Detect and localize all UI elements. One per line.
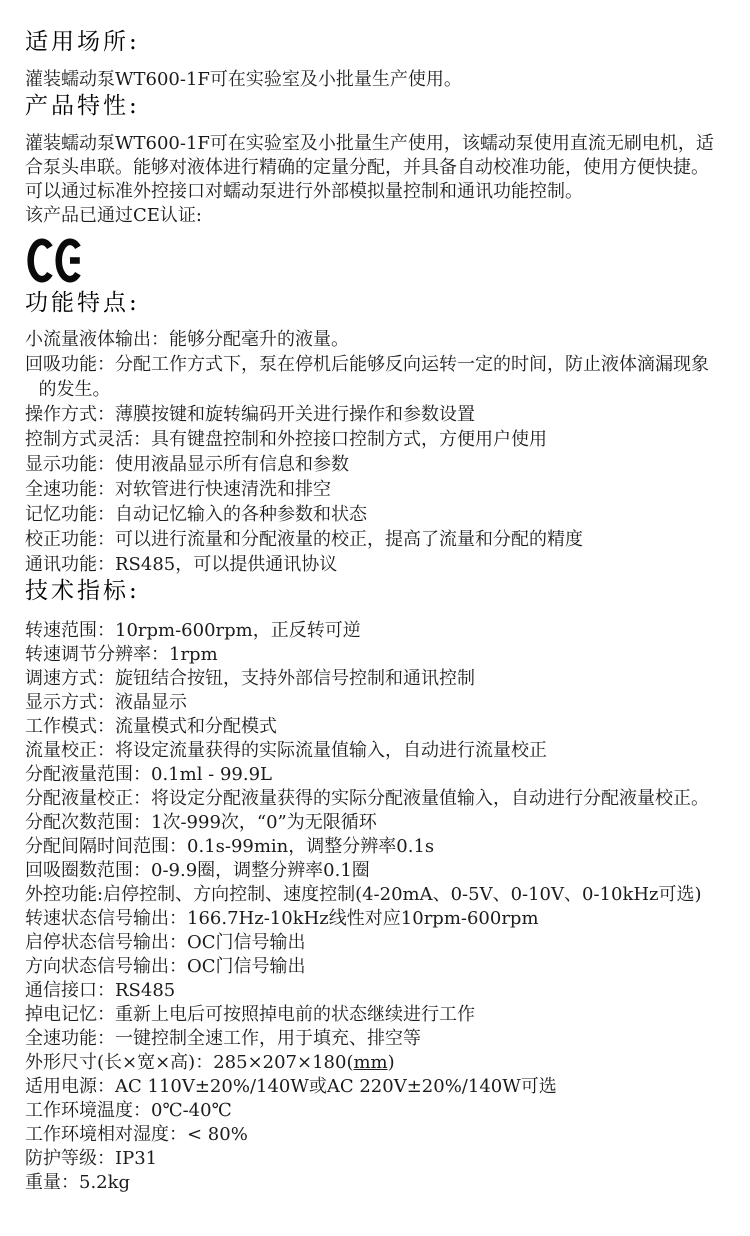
- spec-line: 适用电源：AC 110V±20%/140W或AC 220V±20%/140W可选: [25, 1075, 726, 1099]
- dimensions-prefix: 外形尺寸(长×宽×高)：285×207×180(: [25, 1052, 353, 1073]
- feature-item: 校正功能：可以进行流量和分配液量的校正，提高了流量和分配的精度: [25, 527, 726, 552]
- product-spec-document: 适用场所: 灌装蠕动泵WT600-1F可在实验室及小批量生产使用。 产品特性: …: [0, 0, 750, 1236]
- spec-line: 全速功能：一键控制全速工作，用于填充、排空等: [25, 1027, 726, 1051]
- feature-item: 记忆功能：自动记忆输入的各种参数和状态: [25, 502, 726, 527]
- spec-list: 转速范围：10rpm-600rpm，正反转可逆 转速调节分辨率：1rpm 调速方…: [25, 619, 726, 1195]
- spec-line: 分配液量校正：将设定分配液量获得的实际分配液量值输入，自动进行分配液量校正。: [25, 787, 726, 811]
- spec-line: 分配液量范围：0.1ml - 99.9L: [25, 763, 726, 787]
- feature-item: 显示功能：使用液晶显示所有信息和参数: [25, 452, 726, 477]
- spec-line-dimensions: 外形尺寸(长×宽×高)：285×207×180(mm): [25, 1051, 726, 1075]
- spec-line: 防护等级：IP31: [25, 1147, 726, 1171]
- spec-line: 流量校正：将设定流量获得的实际流量值输入，自动进行流量校正: [25, 739, 726, 763]
- feature-item: 小流量液体输出：能够分配毫升的液量。: [25, 327, 726, 352]
- spec-line: 转速范围：10rpm-600rpm，正反转可逆: [25, 619, 726, 643]
- product-features-paragraph: 灌装蠕动泵WT600-1F可在实验室及小批量生产使用，该蠕动泵使用直流无刷电机，…: [25, 132, 726, 204]
- dimensions-suffix: ): [388, 1052, 395, 1073]
- spec-line: 重量：5.2kg: [25, 1171, 726, 1195]
- ce-letter-c: [31, 242, 50, 279]
- spec-line: 掉电记忆：重新上电后可按照掉电前的状态继续进行工作: [25, 1003, 726, 1027]
- feature-item: 回吸功能：分配工作方式下，泵在停机后能够反向运转一定的时间，防止液体滴漏现象的发…: [25, 352, 726, 402]
- section-heading-product-features: 产品特性:: [25, 92, 726, 120]
- spec-line: 分配次数范围：1次-999次，“0”为无限循环: [25, 811, 726, 835]
- spec-line: 显示方式：液晶显示: [25, 691, 726, 715]
- spec-line: 转速调节分辨率：1rpm: [25, 643, 726, 667]
- spec-line: 调速方式：旋钮结合按钮，支持外部信号控制和通讯控制: [25, 667, 726, 691]
- ce-certified-line: 该产品已通过CE认证:: [25, 204, 726, 228]
- spec-line: 工作模式：流量模式和分配模式: [25, 715, 726, 739]
- section-heading-function-features: 功能特点:: [25, 289, 726, 317]
- feature-item: 全速功能：对软管进行快速清洗和排空: [25, 477, 726, 502]
- spec-line: 工作环境相对湿度：< 80%: [25, 1123, 726, 1147]
- spec-line: 启停状态信号输出：OC门信号输出: [25, 931, 726, 955]
- spec-line: 通信接口：RS485: [25, 979, 726, 1003]
- section-heading-application: 适用场所:: [25, 28, 726, 56]
- dimensions-unit: mm: [353, 1052, 387, 1073]
- feature-item: 通讯功能：RS485，可以提供通讯协议: [25, 552, 726, 577]
- feature-item: 操作方式：薄膜按键和旋转编码开关进行操作和参数设置: [25, 402, 726, 427]
- spec-line: 方向状态信号输出：OC门信号输出: [25, 955, 726, 979]
- spec-line: 回吸圈数范围：0-9.9圈，调整分辨率0.1圈: [25, 859, 726, 883]
- ce-mark-logo: [26, 238, 84, 283]
- feature-list: 小流量液体输出：能够分配毫升的液量。 回吸功能：分配工作方式下，泵在停机后能够反…: [25, 327, 726, 577]
- spec-line: 分配间隔时间范围：0.1s-99min，调整分辨率0.1s: [25, 835, 726, 859]
- feature-item: 控制方式灵活：具有键盘控制和外控接口控制方式，方便用户使用: [25, 427, 726, 452]
- section-heading-technical-specs: 技术指标:: [25, 577, 726, 605]
- spec-line: 外控功能:启停控制、方向控制、速度控制(4-20mA、0-5V、0-10V、0-…: [25, 883, 726, 907]
- spec-line: 转速状态信号输出：166.7Hz-10kHz线性对应10rpm-600rpm: [25, 907, 726, 931]
- spec-line: 工作环境温度：0℃-40℃: [25, 1099, 726, 1123]
- application-paragraph: 灌装蠕动泵WT600-1F可在实验室及小批量生产使用。: [25, 68, 726, 92]
